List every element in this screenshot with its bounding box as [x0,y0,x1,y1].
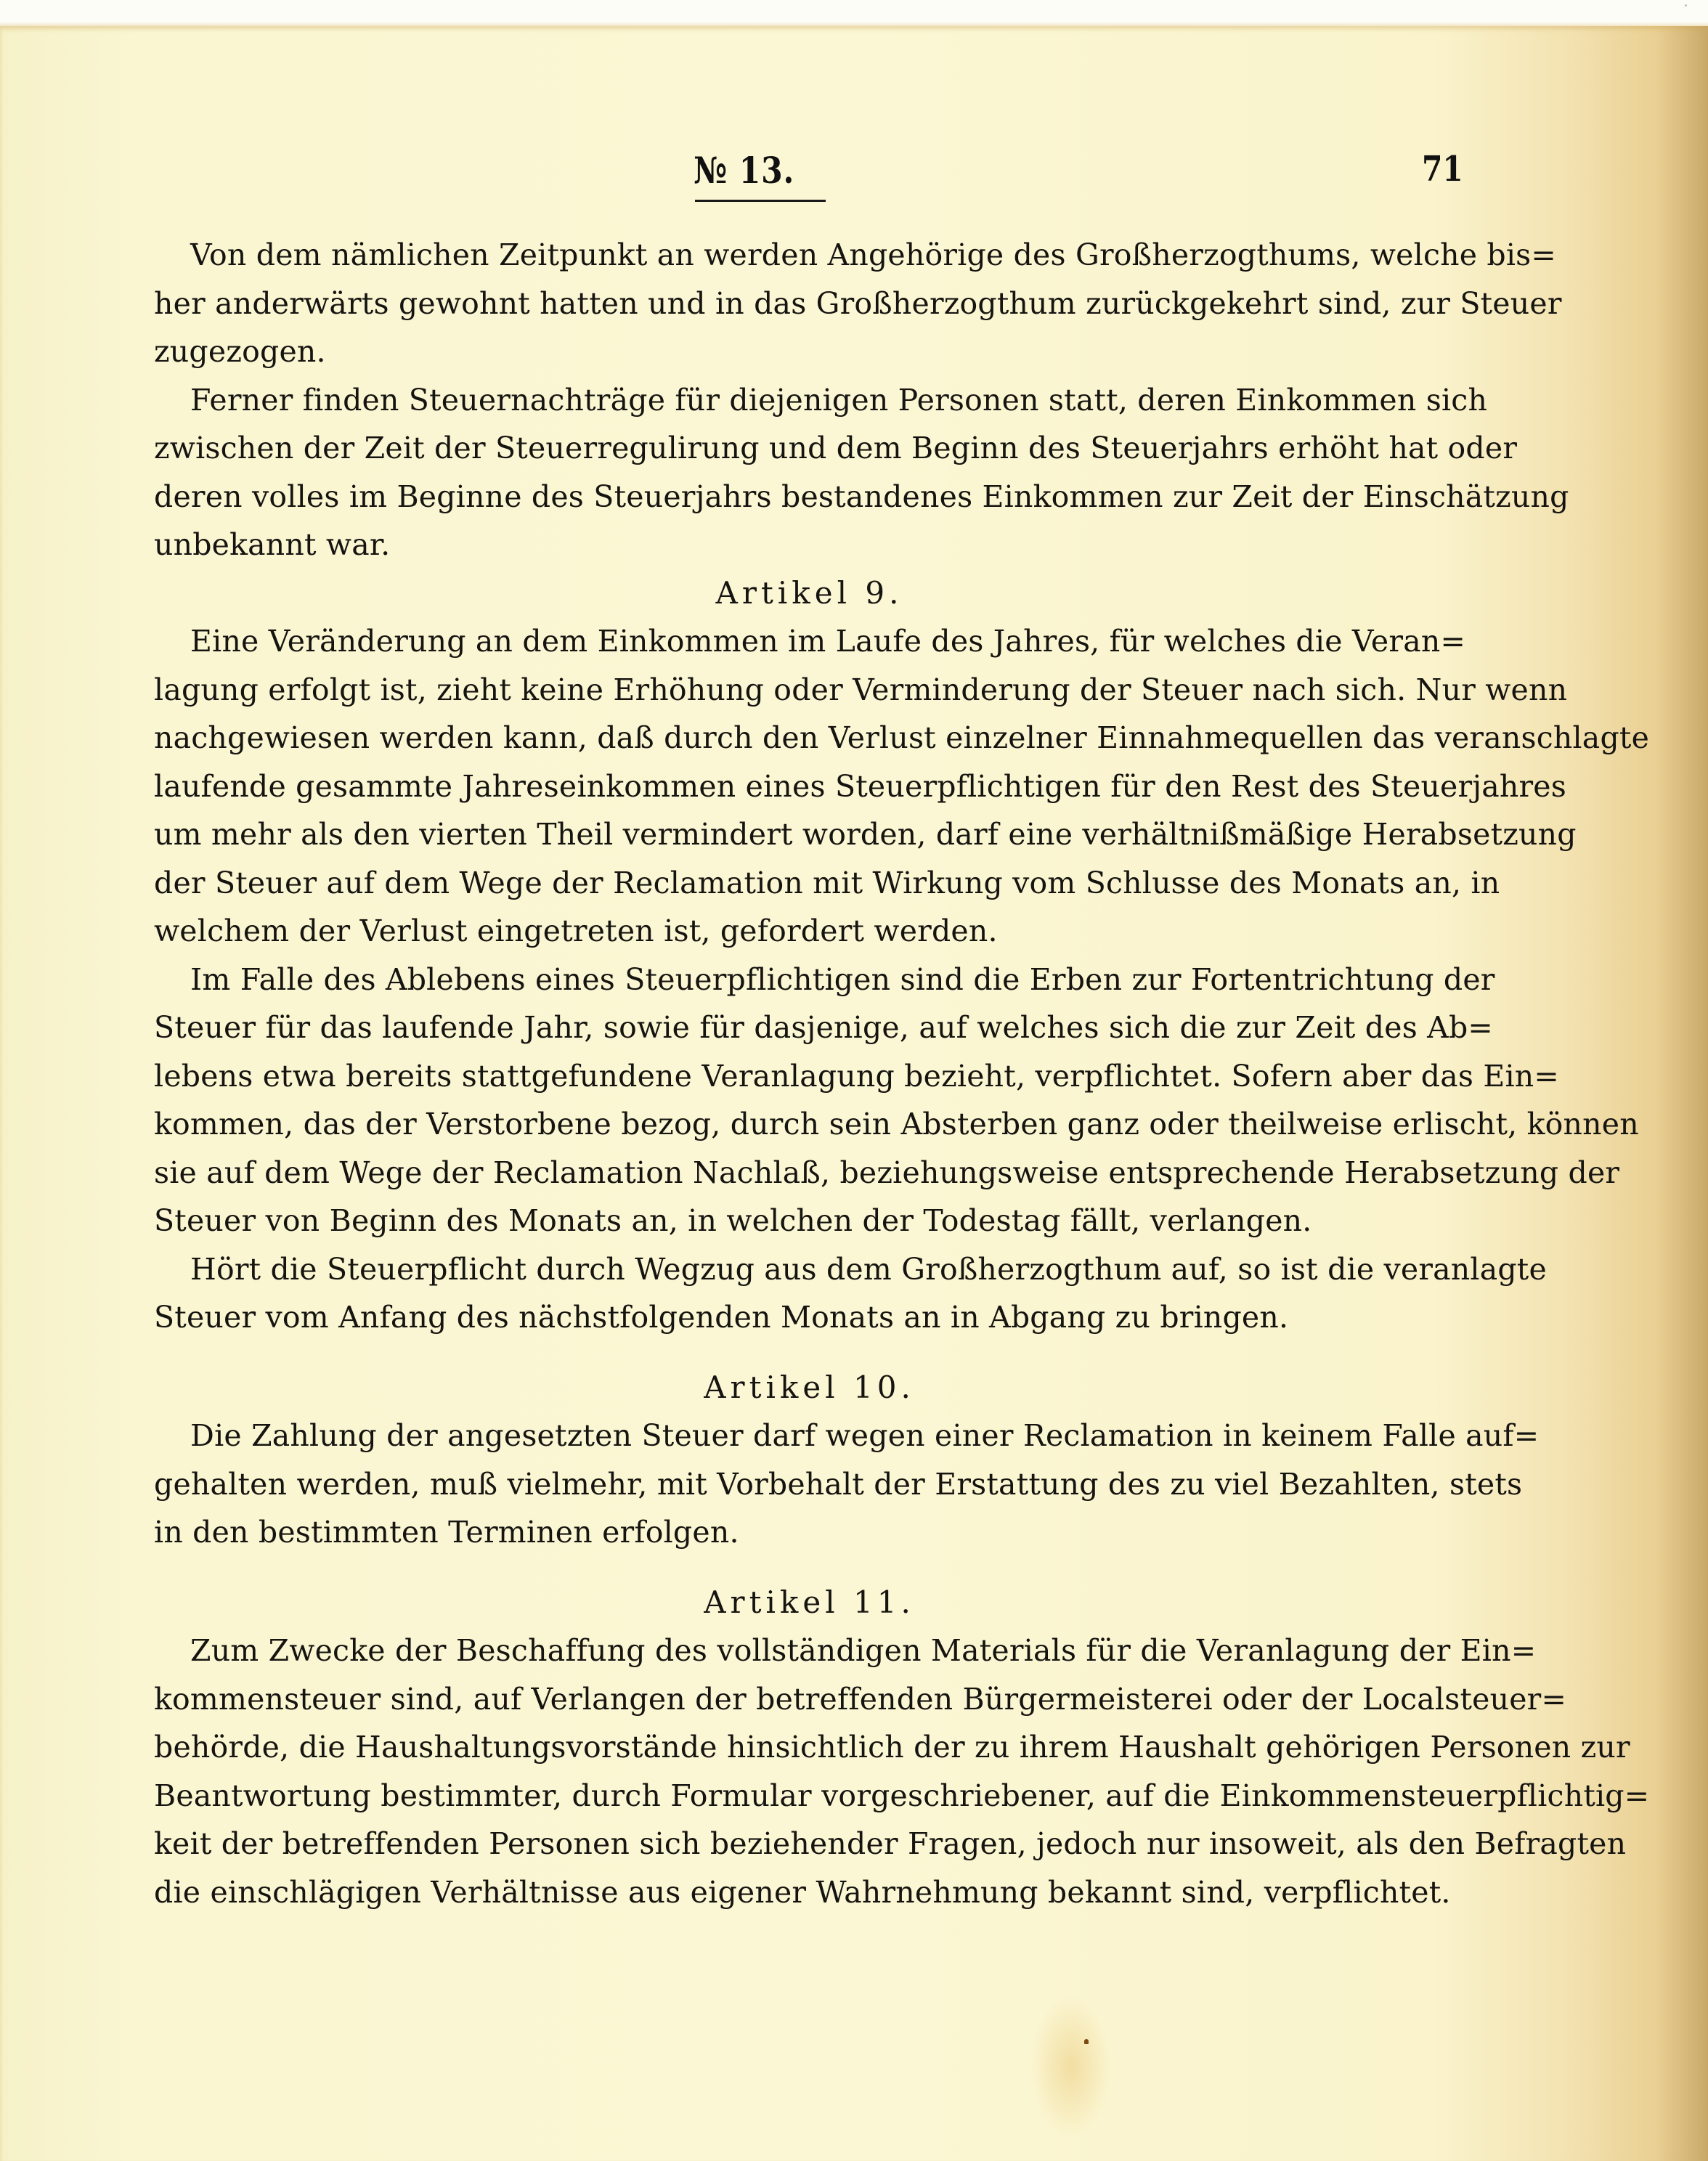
text-line: behörde, die Haushaltungsvorstände hinsi… [154,1723,1465,1772]
text-line: Hört die Steuerpflicht durch Wegzug aus … [154,1245,1465,1294]
text-line: zwischen der Zeit der Steuerregulirung u… [154,424,1465,473]
text-line: der Steuer auf dem Wege der Reclamation … [154,859,1465,908]
text-line: nachgewiesen werden kann, daß durch den … [154,714,1465,762]
text-line: zugezogen. [154,327,1465,376]
text-line: kommensteuer sind, auf Verlangen der bet… [154,1675,1465,1724]
text-line: Steuer von Beginn des Monats an, in welc… [154,1197,1465,1245]
scan-speck [1685,4,1687,7]
text-line: um mehr als den vierten Theil vermindert… [154,810,1465,859]
text-line: Die Zahlung der angesetzten Steuer darf … [154,1412,1465,1460]
article-heading-10: Artikel 10. [154,1364,1465,1412]
text-line: unbekannt war. [154,521,1465,569]
text-line: in den bestimmten Terminen erfolgen. [154,1508,1465,1557]
paragraph: Zum Zwecke der Beschaffung des vollständ… [154,1627,1465,1916]
text-line: keit der betreffenden Personen sich bezi… [154,1820,1465,1868]
text-line: kommen, das der Verstorbene bezog, durch… [154,1100,1465,1149]
text-line: Ferner finden Steuernachträge für diejen… [154,376,1465,425]
page-number: 71 [1422,149,1463,190]
article-heading-11: Artikel 11. [154,1579,1465,1627]
text-line: deren volles im Beginne des Steuerjahrs … [154,473,1465,521]
text-line: laufende gesammte Jahreseinkommen eines … [154,762,1465,811]
text-line: welchem der Verlust eingetreten ist, gef… [154,907,1465,956]
text-line: her anderwärts gewohnt hatten und in das… [154,280,1465,328]
text-line: sie auf dem Wege der Reclamation Nachlaß… [154,1149,1465,1197]
text-line: Steuer vom Anfang des nächstfolgenden Mo… [154,1293,1465,1342]
text-line: Zum Zwecke der Beschaffung des vollständ… [154,1627,1465,1675]
text-line: Im Falle des Ablebens eines Steuerpflich… [154,956,1465,1004]
paragraph: Von dem nämlichen Zeitpunkt an werden An… [154,231,1465,376]
ink-speck [1084,2039,1089,2044]
paragraph: Die Zahlung der angesetzten Steuer darf … [154,1412,1465,1557]
issue-number-underline [695,200,826,202]
text-line: die einschlägigen Verhältnisse aus eigen… [154,1868,1465,1917]
article-heading-9: Artikel 9. [154,569,1465,618]
text-line: lebens etwa bereits stattgefundene Veran… [154,1052,1465,1101]
paragraph: Ferner finden Steuernachträge für diejen… [154,376,1465,569]
text-line: Eine Veränderung an dem Einkommen im Lau… [154,617,1465,666]
paragraph: Hört die Steuerpflicht durch Wegzug aus … [154,1245,1465,1342]
text-line: Beantwortung bestimmter, durch Formular … [154,1772,1465,1820]
paragraph: Im Falle des Ablebens eines Steuerpflich… [154,956,1465,1245]
text-line: Steuer für das laufende Jahr, sowie für … [154,1004,1465,1052]
paragraph: Eine Veränderung an dem Einkommen im Lau… [154,617,1465,956]
text-line: Von dem nämlichen Zeitpunkt an werden An… [154,231,1465,280]
text-line: gehalten werden, muß vielmehr, mit Vorbe… [154,1460,1465,1509]
document-body: Von dem nämlichen Zeitpunkt an werden An… [154,231,1465,1916]
text-line: lagung erfolgt ist, zieht keine Erhöhung… [154,666,1465,715]
issue-number: № 13. [694,149,794,192]
page-header: № 13. 71 [0,149,1708,214]
